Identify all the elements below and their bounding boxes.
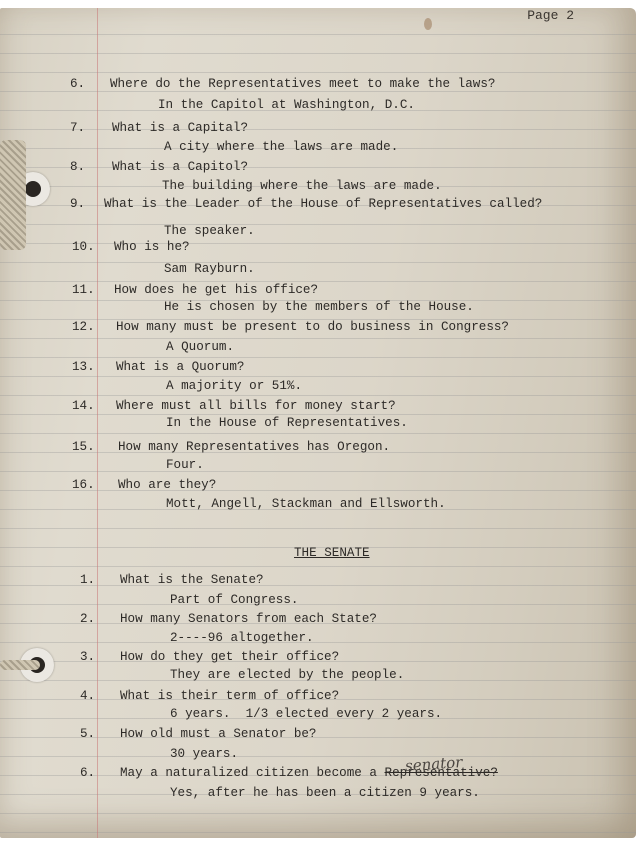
qa-question-row: 4.What is their term of office? <box>0 689 640 708</box>
item-number: 6. <box>80 766 110 780</box>
item-number: 13. <box>72 360 102 374</box>
document-content: Page 2 6.Where do the Representatives me… <box>0 0 640 853</box>
qa-answer-row: In the House of Representatives. <box>0 416 640 435</box>
qa-question-row: 12.How many must be present to do busine… <box>0 320 640 339</box>
item-number: 2. <box>80 612 110 626</box>
item-number: 9. <box>70 197 100 211</box>
qa-answer-row: He is chosen by the members of the House… <box>0 300 640 319</box>
answer-text: The building where the laws are made. <box>162 179 442 193</box>
item-number: 15. <box>72 440 102 454</box>
qa-question-row: 8.What is a Capitol? <box>0 160 640 179</box>
question-text: How many Representatives has Oregon. <box>118 440 390 454</box>
qa-answer-row: The building where the laws are made. <box>0 179 640 198</box>
item-number: 1. <box>80 573 110 587</box>
page-number: Page 2 <box>527 8 574 23</box>
answer-text: In the House of Representatives. <box>166 416 408 430</box>
qa-answer-row: They are elected by the people. <box>0 668 640 687</box>
qa-answer-row: Yes, after he has been a citizen 9 years… <box>0 786 640 805</box>
qa-answer-row: Four. <box>0 458 640 477</box>
item-number: 3. <box>80 650 110 664</box>
qa-question-row: 9.What is the Leader of the House of Rep… <box>0 197 640 216</box>
qa-question-row: 7.What is a Capital? <box>0 121 640 140</box>
item-number: 6. <box>70 77 100 91</box>
item-number: 10. <box>72 240 102 254</box>
answer-text: They are elected by the people. <box>170 668 404 682</box>
question-text: What is a Quorum? <box>116 360 244 374</box>
answer-text: The speaker. <box>164 224 255 238</box>
item-number: 11. <box>72 283 102 297</box>
qa-question-row: 3.How do they get their office? <box>0 650 640 669</box>
answer-text: Mott, Angell, Stackman and Ellsworth. <box>166 497 446 511</box>
answer-text: Four. <box>166 458 204 472</box>
answer-text: 30 years. <box>170 747 238 761</box>
qa-question-row: 13.What is a Quorum? <box>0 360 640 379</box>
question-text: How many must be present to do business … <box>116 320 509 334</box>
qa-answer-row: In the Capitol at Washington, D.C. <box>0 98 640 117</box>
item-number: 16. <box>72 478 102 492</box>
answer-text: He is chosen by the members of the House… <box>164 300 474 314</box>
answer-text: 2----96 altogether. <box>170 631 314 645</box>
question-text: What is a Capitol? <box>112 160 248 174</box>
qa-question-row: 10.Who is he? <box>0 240 640 259</box>
qa-answer-row: Part of Congress. <box>0 593 640 612</box>
item-number: 8. <box>70 160 100 174</box>
qa-question-row: 5.How old must a Senator be? <box>0 727 640 746</box>
item-number: 14. <box>72 399 102 413</box>
qa-answer-row: Sam Rayburn. <box>0 262 640 281</box>
answer-text: Part of Congress. <box>170 593 298 607</box>
question-text: What is their term of office? <box>120 689 339 703</box>
answer-text: Sam Rayburn. <box>164 262 255 276</box>
qa-answer-row: 2----96 altogether. <box>0 631 640 650</box>
question-text: What is the Leader of the House of Repre… <box>104 197 542 211</box>
item-number: 12. <box>72 320 102 334</box>
answer-text: 6 years. 1/3 elected every 2 years. <box>170 707 442 721</box>
qa-question-row: 1.What is the Senate? <box>0 573 640 592</box>
question-text: Where do the Representatives meet to mak… <box>110 77 495 91</box>
qa-answer-row: A Quorum. <box>0 340 640 359</box>
question-text: How many Senators from each State? <box>120 612 377 626</box>
qa-answer-row: A majority or 51%. <box>0 379 640 398</box>
answer-text: In the Capitol at Washington, D.C. <box>158 98 415 112</box>
qa-answer-row: 6 years. 1/3 elected every 2 years. <box>0 707 640 726</box>
answer-text: A Quorum. <box>166 340 234 354</box>
qa-question-row: 15.How many Representatives has Oregon. <box>0 440 640 459</box>
question-text: Who are they? <box>118 478 216 492</box>
answer-text: Yes, after he has been a citizen 9 years… <box>170 786 480 800</box>
item-number: 5. <box>80 727 110 741</box>
section-heading-senate: THE SENATE <box>294 546 370 560</box>
qa-question-row: 6.May a naturalized citizen become a Rep… <box>0 766 640 785</box>
question-text: How do they get their office? <box>120 650 339 664</box>
qa-question-row: 6.Where do the Representatives meet to m… <box>0 77 640 96</box>
qa-answer-row: A city where the laws are made. <box>0 140 640 159</box>
qa-answer-row: Mott, Angell, Stackman and Ellsworth. <box>0 497 640 516</box>
question-text: Who is he? <box>114 240 190 254</box>
question-text: What is the Senate? <box>120 573 264 587</box>
qa-answer-row: 30 years. <box>0 747 640 766</box>
question-text: How does he get his office? <box>114 283 318 297</box>
question-text: What is a Capital? <box>112 121 248 135</box>
item-number: 7. <box>70 121 100 135</box>
item-number: 4. <box>80 689 110 703</box>
qa-question-row: 16.Who are they? <box>0 478 640 497</box>
answer-text: A city where the laws are made. <box>164 140 398 154</box>
question-text: Where must all bills for money start? <box>116 399 396 413</box>
answer-text: A majority or 51%. <box>166 379 302 393</box>
qa-question-row: 2.How many Senators from each State? <box>0 612 640 631</box>
question-text: How old must a Senator be? <box>120 727 317 741</box>
